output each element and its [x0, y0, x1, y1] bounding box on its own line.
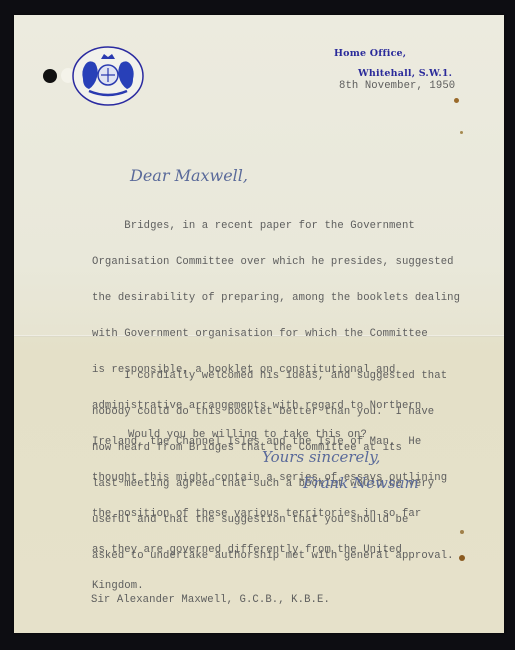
text-line: Kingdom.: [92, 580, 460, 592]
letterhead-department: Home Office,: [334, 48, 406, 59]
punch-hole: [43, 69, 57, 83]
text-line: useful and that the suggestion that you …: [92, 514, 454, 526]
recipient-name: Sir Alexander Maxwell, G.C.B., K.B.E.: [91, 594, 330, 606]
text-line: Bridges, in a recent paper for the Gover…: [92, 220, 460, 232]
paper-stain: [460, 131, 463, 134]
text-line: the desirability of preparing, among the…: [92, 292, 460, 304]
text-line: with Government organisation for which t…: [92, 328, 460, 340]
text-line: Organisation Committee over which he pre…: [92, 256, 460, 268]
paper-stain: [454, 98, 459, 103]
letter-date: 8th November, 1950: [339, 80, 455, 92]
letterhead-address: Whitehall, S.W.1.: [358, 68, 452, 79]
closing-question: Would you be willing to take this on?: [128, 429, 367, 441]
paper-stain: [460, 530, 464, 534]
text-line: I cordially welcomed his ideas, and sugg…: [92, 370, 454, 382]
text-line: nobody could do this booklet better than…: [92, 406, 454, 418]
royal-crest-icon: [71, 45, 145, 107]
handwritten-closing: Yours sincerely,: [262, 448, 380, 466]
text-line: asked to undertake authorship met with g…: [92, 550, 454, 562]
handwritten-greeting: Dear Maxwell,: [130, 166, 248, 185]
handwritten-signature: Frank Newsam: [303, 474, 419, 492]
